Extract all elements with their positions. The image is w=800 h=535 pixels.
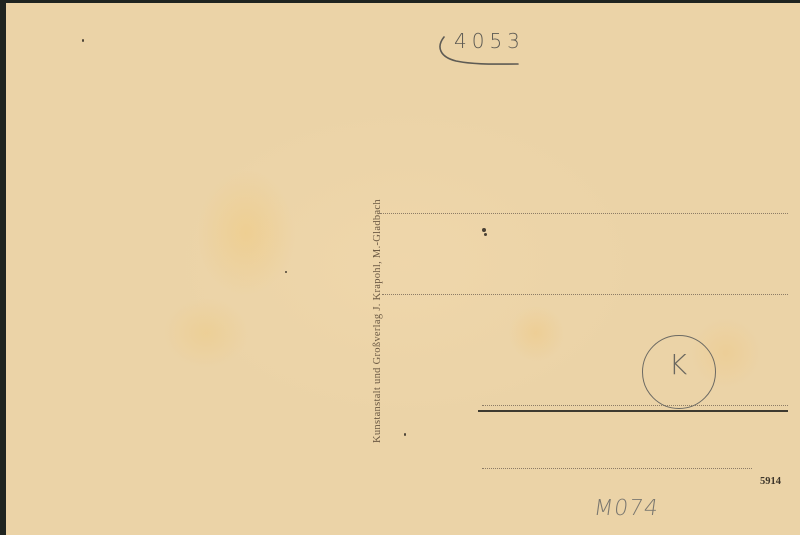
handwritten-circled-letter: K <box>642 348 714 381</box>
handwritten-bottom-code: M074 <box>592 496 660 521</box>
pencil-underline-swoosh <box>436 33 526 69</box>
ink-speck <box>82 39 84 42</box>
ink-speck <box>484 233 487 236</box>
address-line-3 <box>482 405 788 406</box>
postcard-back: 4053 Kunstanstalt und Großverlag J. Krap… <box>6 3 800 535</box>
ink-speck <box>482 228 486 232</box>
publisher-imprint: Kunstanstalt und Großverlag J. Krapohl, … <box>372 199 383 443</box>
ink-speck <box>285 271 287 273</box>
print-number: 5914 <box>760 476 781 487</box>
address-line-2 <box>382 294 788 295</box>
address-line-1 <box>380 213 788 214</box>
ink-speck <box>404 433 406 436</box>
address-line-solid <box>478 410 788 412</box>
address-line-4 <box>482 468 752 469</box>
